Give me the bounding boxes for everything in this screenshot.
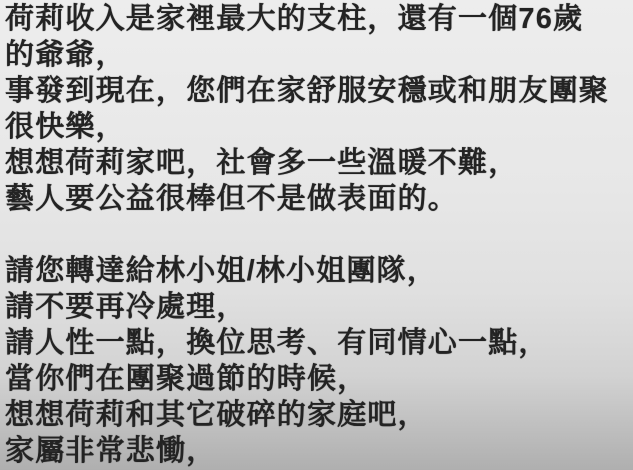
text-line: 請不要再冷處理， [5, 289, 633, 325]
text-line: 當你們在團聚過節的時候， [5, 361, 633, 397]
text-line: 想想荷莉家吧，社會多一些溫暖不難， [5, 145, 633, 181]
text-line: 的爺爺， [5, 37, 633, 73]
text-line: 荷莉收入是家裡最大的支柱，還有一個76歲 [5, 1, 633, 37]
text-line: 很快樂， [5, 109, 633, 145]
letter-text-block: 荷莉收入是家裡最大的支柱，還有一個76歲 的爺爺， 事發到現在，您們在家舒服安穩… [5, 1, 633, 469]
video-frame: 荷莉收入是家裡最大的支柱，還有一個76歲 的爺爺， 事發到現在，您們在家舒服安穩… [0, 0, 633, 470]
text-line: 家屬非常悲慟， [5, 433, 633, 469]
text-line: 請人性一點，換位思考、有同情心一點， [5, 325, 633, 361]
text-line: 事發到現在，您們在家舒服安穩或和朋友團聚 [5, 73, 633, 109]
blank-line [5, 217, 633, 253]
text-line: 想想荷莉和其它破碎的家庭吧， [5, 397, 633, 433]
text-line: 請您轉達給林小姐/林小姐團隊， [5, 253, 633, 289]
text-line: 藝人要公益很棒但不是做表面的。 [5, 181, 633, 217]
